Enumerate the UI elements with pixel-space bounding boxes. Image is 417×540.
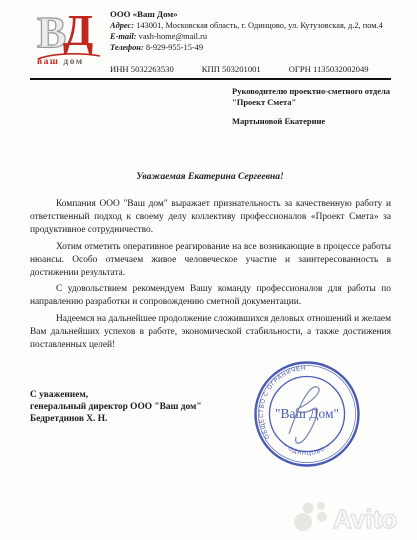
address-value: 143001, Московская область, г. Одинцово,… [136, 21, 383, 30]
email-label: E-mail: [110, 32, 137, 41]
letterhead-divider [30, 78, 391, 80]
avito-logo-dot [317, 512, 327, 522]
addressee-person: Мартыновой Екатерине [232, 116, 408, 127]
signature-position: генеральный директор ООО "Ваш дом" [30, 401, 260, 413]
stamp-center-text: "Ваш Дом" [275, 406, 339, 421]
phone-label: Телефон: [110, 43, 144, 52]
email-value: vash-home@mail.ru [139, 32, 207, 41]
logo-word-vash: ваш [37, 57, 59, 67]
avito-watermark-text: Avito [333, 504, 397, 534]
logo-monogram: В Д [37, 10, 101, 52]
addressee-block: Руководителю проектно-сметного отдела "П… [232, 86, 408, 127]
inn-value: ИНН 5032263530 [110, 64, 174, 74]
company-info: ООО «Ваш Дом» Адрес: 143001, Московская … [110, 9, 406, 53]
company-requisites: ИНН 5032263530 КПП 503201001 ОГРН 113503… [110, 64, 406, 74]
company-name: ООО «Ваш Дом» [110, 9, 406, 20]
signature-greeting: С уважением, [30, 389, 260, 401]
addressee-company: "Проект Смета" [232, 97, 408, 108]
paragraph: Надеемся на дальнейшее продолжение сложи… [30, 313, 391, 352]
company-address: Адрес: 143001, Московская область, г. Од… [110, 20, 406, 31]
addressee-position: Руководителю проектно-сметного отдела [232, 86, 408, 97]
ogrn-value: ОГРН 1135032002049 [289, 64, 369, 74]
paragraph: Хотим отметить оперативное реагирование … [30, 241, 391, 280]
company-stamp: ОБЩЕСТВО С ОГРАНИЧЕННОЙ ОТВЕТСТВЕННОСТЬЮ… [247, 354, 367, 474]
signature-person: Бедретдинов Х. Н. [30, 413, 260, 425]
salutation: Уважаемая Екатерина Сергеевна! [30, 171, 390, 182]
avito-logo-dot [294, 513, 312, 531]
company-email: E-mail: vash-home@mail.ru [110, 31, 406, 42]
logo-wordmark: вашдом [37, 57, 101, 67]
avito-logo-dot [303, 503, 314, 514]
phone-value: 8-929-955-15-49 [146, 43, 203, 52]
company-logo: В Д вашдом [37, 10, 101, 68]
company-phone: Телефон: 8-929-955-15-49 [110, 42, 406, 53]
stamp-bottom-text: • ОДИНЦОВО • [282, 443, 332, 457]
logo-letter-v: В [37, 12, 66, 54]
avito-logo-dot [317, 502, 325, 510]
paragraph: Компания ООО "Ваш дом" выражает признате… [30, 198, 391, 237]
logo-word-dom: дом [63, 57, 83, 67]
letter-body: Компания ООО "Ваш дом" выражает признате… [30, 198, 391, 355]
letter-document: В Д вашдом ООО «Ваш Дом» Адрес: 143001, … [0, 0, 417, 540]
logo-letter-d: Д [63, 10, 93, 52]
address-label: Адрес: [110, 21, 134, 30]
avito-watermark: Avito [291, 496, 411, 536]
paragraph: С удовольствием рекомендуем Вашу команду… [30, 283, 391, 309]
signature-block: С уважением, генеральный директор ООО "В… [30, 389, 260, 425]
kpp-value: КПП 503201001 [202, 64, 261, 74]
svg-text:• ОДИНЦОВО •: • ОДИНЦОВО • [282, 443, 332, 457]
